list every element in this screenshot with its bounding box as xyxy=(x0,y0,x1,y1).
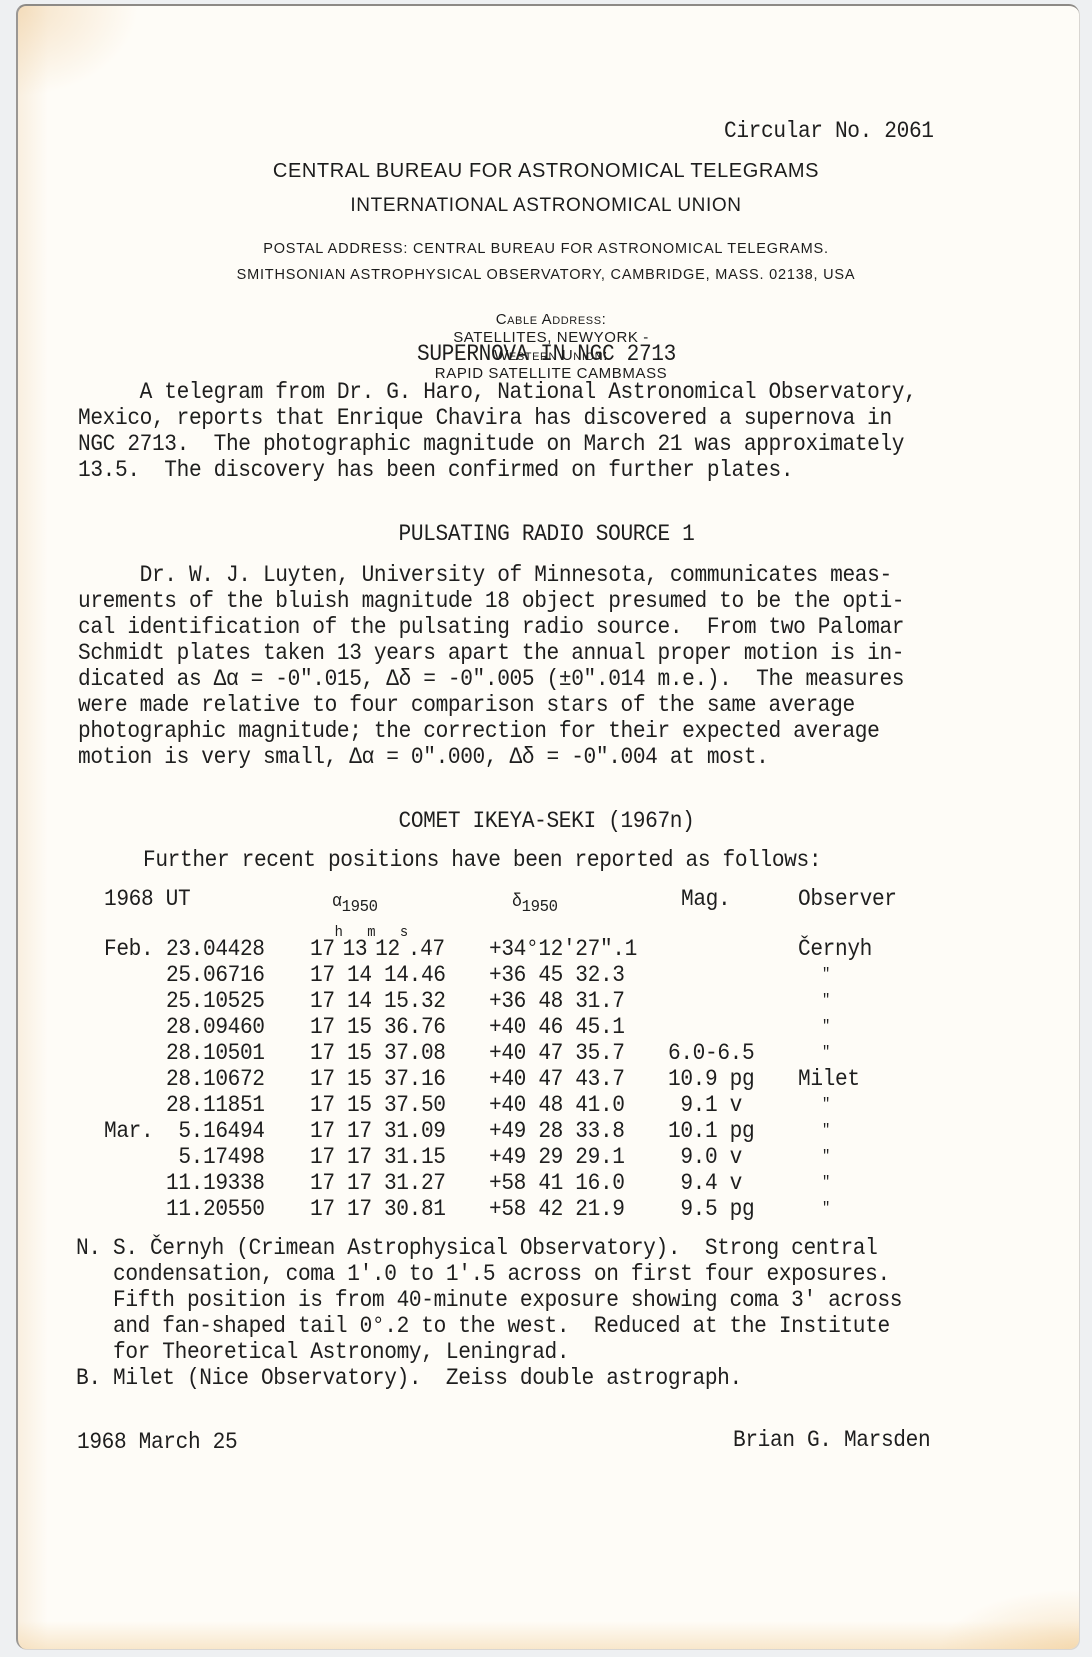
row-mag: 9.4 v xyxy=(668,1170,742,1196)
ra-seconds: 12 xyxy=(375,936,400,962)
ra-fraction: .47 xyxy=(408,936,445,962)
row-observer: " xyxy=(822,1118,830,1144)
text-line: B. Milet (Nice Observatory). Zeiss doubl… xyxy=(76,1365,742,1391)
row-ra: 17 14 14.46 xyxy=(310,962,446,988)
row-day: 28.11851 xyxy=(166,1092,265,1118)
text-line: cal identification of the pulsating radi… xyxy=(78,614,904,640)
row-ra: 17 15 37.08 xyxy=(310,1040,446,1066)
row-month: Mar. xyxy=(104,1118,153,1144)
row-day: 23.04428 xyxy=(166,936,265,962)
pulsar-heading: PULSATING RADIO SOURCE 1 xyxy=(0,521,1092,547)
row-dec: +58 42 21.9 xyxy=(489,1196,625,1222)
postal-address-line2: SMITHSONIAN ASTROPHYSICAL OBSERVATORY, C… xyxy=(0,267,1092,283)
row-dec: +49 29 29.1 xyxy=(489,1144,625,1170)
row-observer: " xyxy=(822,1170,830,1196)
row-observer: " xyxy=(822,1144,830,1170)
row-day: 28.10501 xyxy=(166,1040,265,1066)
cable-address: Cable Address: SATELLITES, NEWYORK - Wes… xyxy=(0,293,1092,383)
text-line: and fan-shaped tail 0°.2 to the west. Re… xyxy=(76,1313,890,1339)
row-observer: " xyxy=(822,1040,830,1066)
text-line: Dr. W. J. Luyten, University of Minnesot… xyxy=(78,562,892,588)
row-day: 25.10525 xyxy=(166,988,265,1014)
text-line: Fifth position is from 40-minute exposur… xyxy=(76,1287,902,1313)
text-line: dicated as Δα = -0".015, Δδ = -0".005 (±… xyxy=(78,666,904,692)
dec-epoch: 1950 xyxy=(522,898,558,917)
issue-date: 1968 March 25 xyxy=(77,1429,237,1455)
row-mag: 9.1 v xyxy=(668,1092,742,1118)
ra-hours: 17 xyxy=(310,936,335,962)
row-observer: " xyxy=(822,1196,830,1222)
text-line: motion is very small, Δα = 0".000, Δδ = … xyxy=(78,744,768,770)
ra-epoch: 1950 xyxy=(342,898,378,917)
col-header-ra: α1950 xyxy=(332,887,378,916)
cable-label: Cable Address: xyxy=(496,311,607,328)
ra-minutes-unit: m xyxy=(367,924,375,941)
row-mag: 10.1 pg xyxy=(668,1118,754,1144)
dec-symbol: δ xyxy=(512,892,522,912)
row-mag: 6.0-6.5 xyxy=(668,1040,754,1066)
row-mag: 9.0 v xyxy=(668,1144,742,1170)
supernova-heading: SUPERNOVA IN NGC 2713 xyxy=(0,341,1092,367)
row-day: 28.09460 xyxy=(166,1014,265,1040)
text-line: Mexico, reports that Enrique Chavira has… xyxy=(78,405,892,431)
bureau-title: CENTRAL BUREAU FOR ASTRONOMICAL TELEGRAM… xyxy=(0,160,1092,183)
ra-hours-unit: h xyxy=(335,924,343,941)
col-header-observer: Observer xyxy=(798,886,897,912)
ra-minutes: 13 xyxy=(343,936,368,962)
row-dec: +40 47 43.7 xyxy=(489,1066,625,1092)
row-ra: 17 17 30.81 xyxy=(310,1196,446,1222)
row-ra: 17 17 31.15 xyxy=(310,1144,446,1170)
row-day: 5.17498 xyxy=(166,1144,265,1170)
row-observer: " xyxy=(822,988,830,1014)
text-line: for Theoretical Astronomy, Leningrad. xyxy=(76,1339,569,1365)
row-day: 25.06716 xyxy=(166,962,265,988)
text-line: urements of the bluish magnitude 18 obje… xyxy=(78,588,904,614)
text-line: NGC 2713. The photographic magnitude on … xyxy=(78,431,904,457)
row-ra: 17 14 15.32 xyxy=(310,988,446,1014)
text-line: Schmidt plates taken 13 years apart the … xyxy=(78,640,904,666)
row-observer: Milet xyxy=(798,1066,860,1092)
row-day: 11.19338 xyxy=(166,1170,265,1196)
text-line: N. S. Černyh (Crimean Astrophysical Obse… xyxy=(76,1235,877,1261)
row-dec: +40 48 41.0 xyxy=(489,1092,625,1118)
text-line: A telegram from Dr. G. Haro, National As… xyxy=(78,379,916,405)
row-dec: +49 28 33.8 xyxy=(489,1118,625,1144)
row-day: 5.16494 xyxy=(166,1118,265,1144)
row-ra: 17 15 36.76 xyxy=(310,1014,446,1040)
postal-address-line1: POSTAL ADDRESS: CENTRAL BUREAU FOR ASTRO… xyxy=(0,241,1092,257)
row-ra: 17 15 37.16 xyxy=(310,1066,446,1092)
comet-intro: Further recent positions have been repor… xyxy=(143,847,821,873)
row-dec: +36 45 32.3 xyxy=(489,962,625,988)
row-observer: Černyh xyxy=(798,936,872,962)
row-dec: +40 47 35.7 xyxy=(489,1040,625,1066)
row-dec: +40 46 45.1 xyxy=(489,1014,625,1040)
signature: Brian G. Marsden xyxy=(733,1427,930,1453)
row-day: 28.10672 xyxy=(166,1066,265,1092)
text-line: were made relative to four comparison st… xyxy=(78,692,855,718)
col-header-mag: Mag. xyxy=(681,886,730,912)
ra-symbol: α xyxy=(332,892,342,912)
text-line: 13.5. The discovery has been confirmed o… xyxy=(78,457,793,483)
row-ra: 17h13m12s.47 xyxy=(310,936,445,962)
row-mag: 9.5 pg xyxy=(668,1196,754,1222)
text-line: condensation, coma 1'.0 to 1'.5 across o… xyxy=(76,1261,890,1287)
union-title: INTERNATIONAL ASTRONOMICAL UNION xyxy=(0,195,1092,217)
row-dec: +58 41 16.0 xyxy=(489,1170,625,1196)
text-line: photographic magnitude; the correction f… xyxy=(78,718,879,744)
row-ra: 17 15 37.50 xyxy=(310,1092,446,1118)
row-observer: " xyxy=(822,962,830,988)
col-header-dec: δ1950 xyxy=(512,887,558,916)
row-ra: 17 17 31.09 xyxy=(310,1118,446,1144)
row-day: 11.20550 xyxy=(166,1196,265,1222)
circular-number: Circular No. 2061 xyxy=(724,118,934,144)
row-ra: 17 17 31.27 xyxy=(310,1170,446,1196)
comet-heading: COMET IKEYA-SEKI (1967n) xyxy=(0,808,1092,834)
row-observer: " xyxy=(822,1014,830,1040)
ra-seconds-unit: s xyxy=(400,924,408,941)
row-month: Feb. xyxy=(104,936,153,962)
row-mag: 10.9 pg xyxy=(668,1066,754,1092)
row-observer: " xyxy=(822,1092,830,1118)
row-dec: +34°12'27".1 xyxy=(489,936,637,962)
col-header-date: 1968 UT xyxy=(104,886,190,912)
row-dec: +36 48 31.7 xyxy=(489,988,625,1014)
